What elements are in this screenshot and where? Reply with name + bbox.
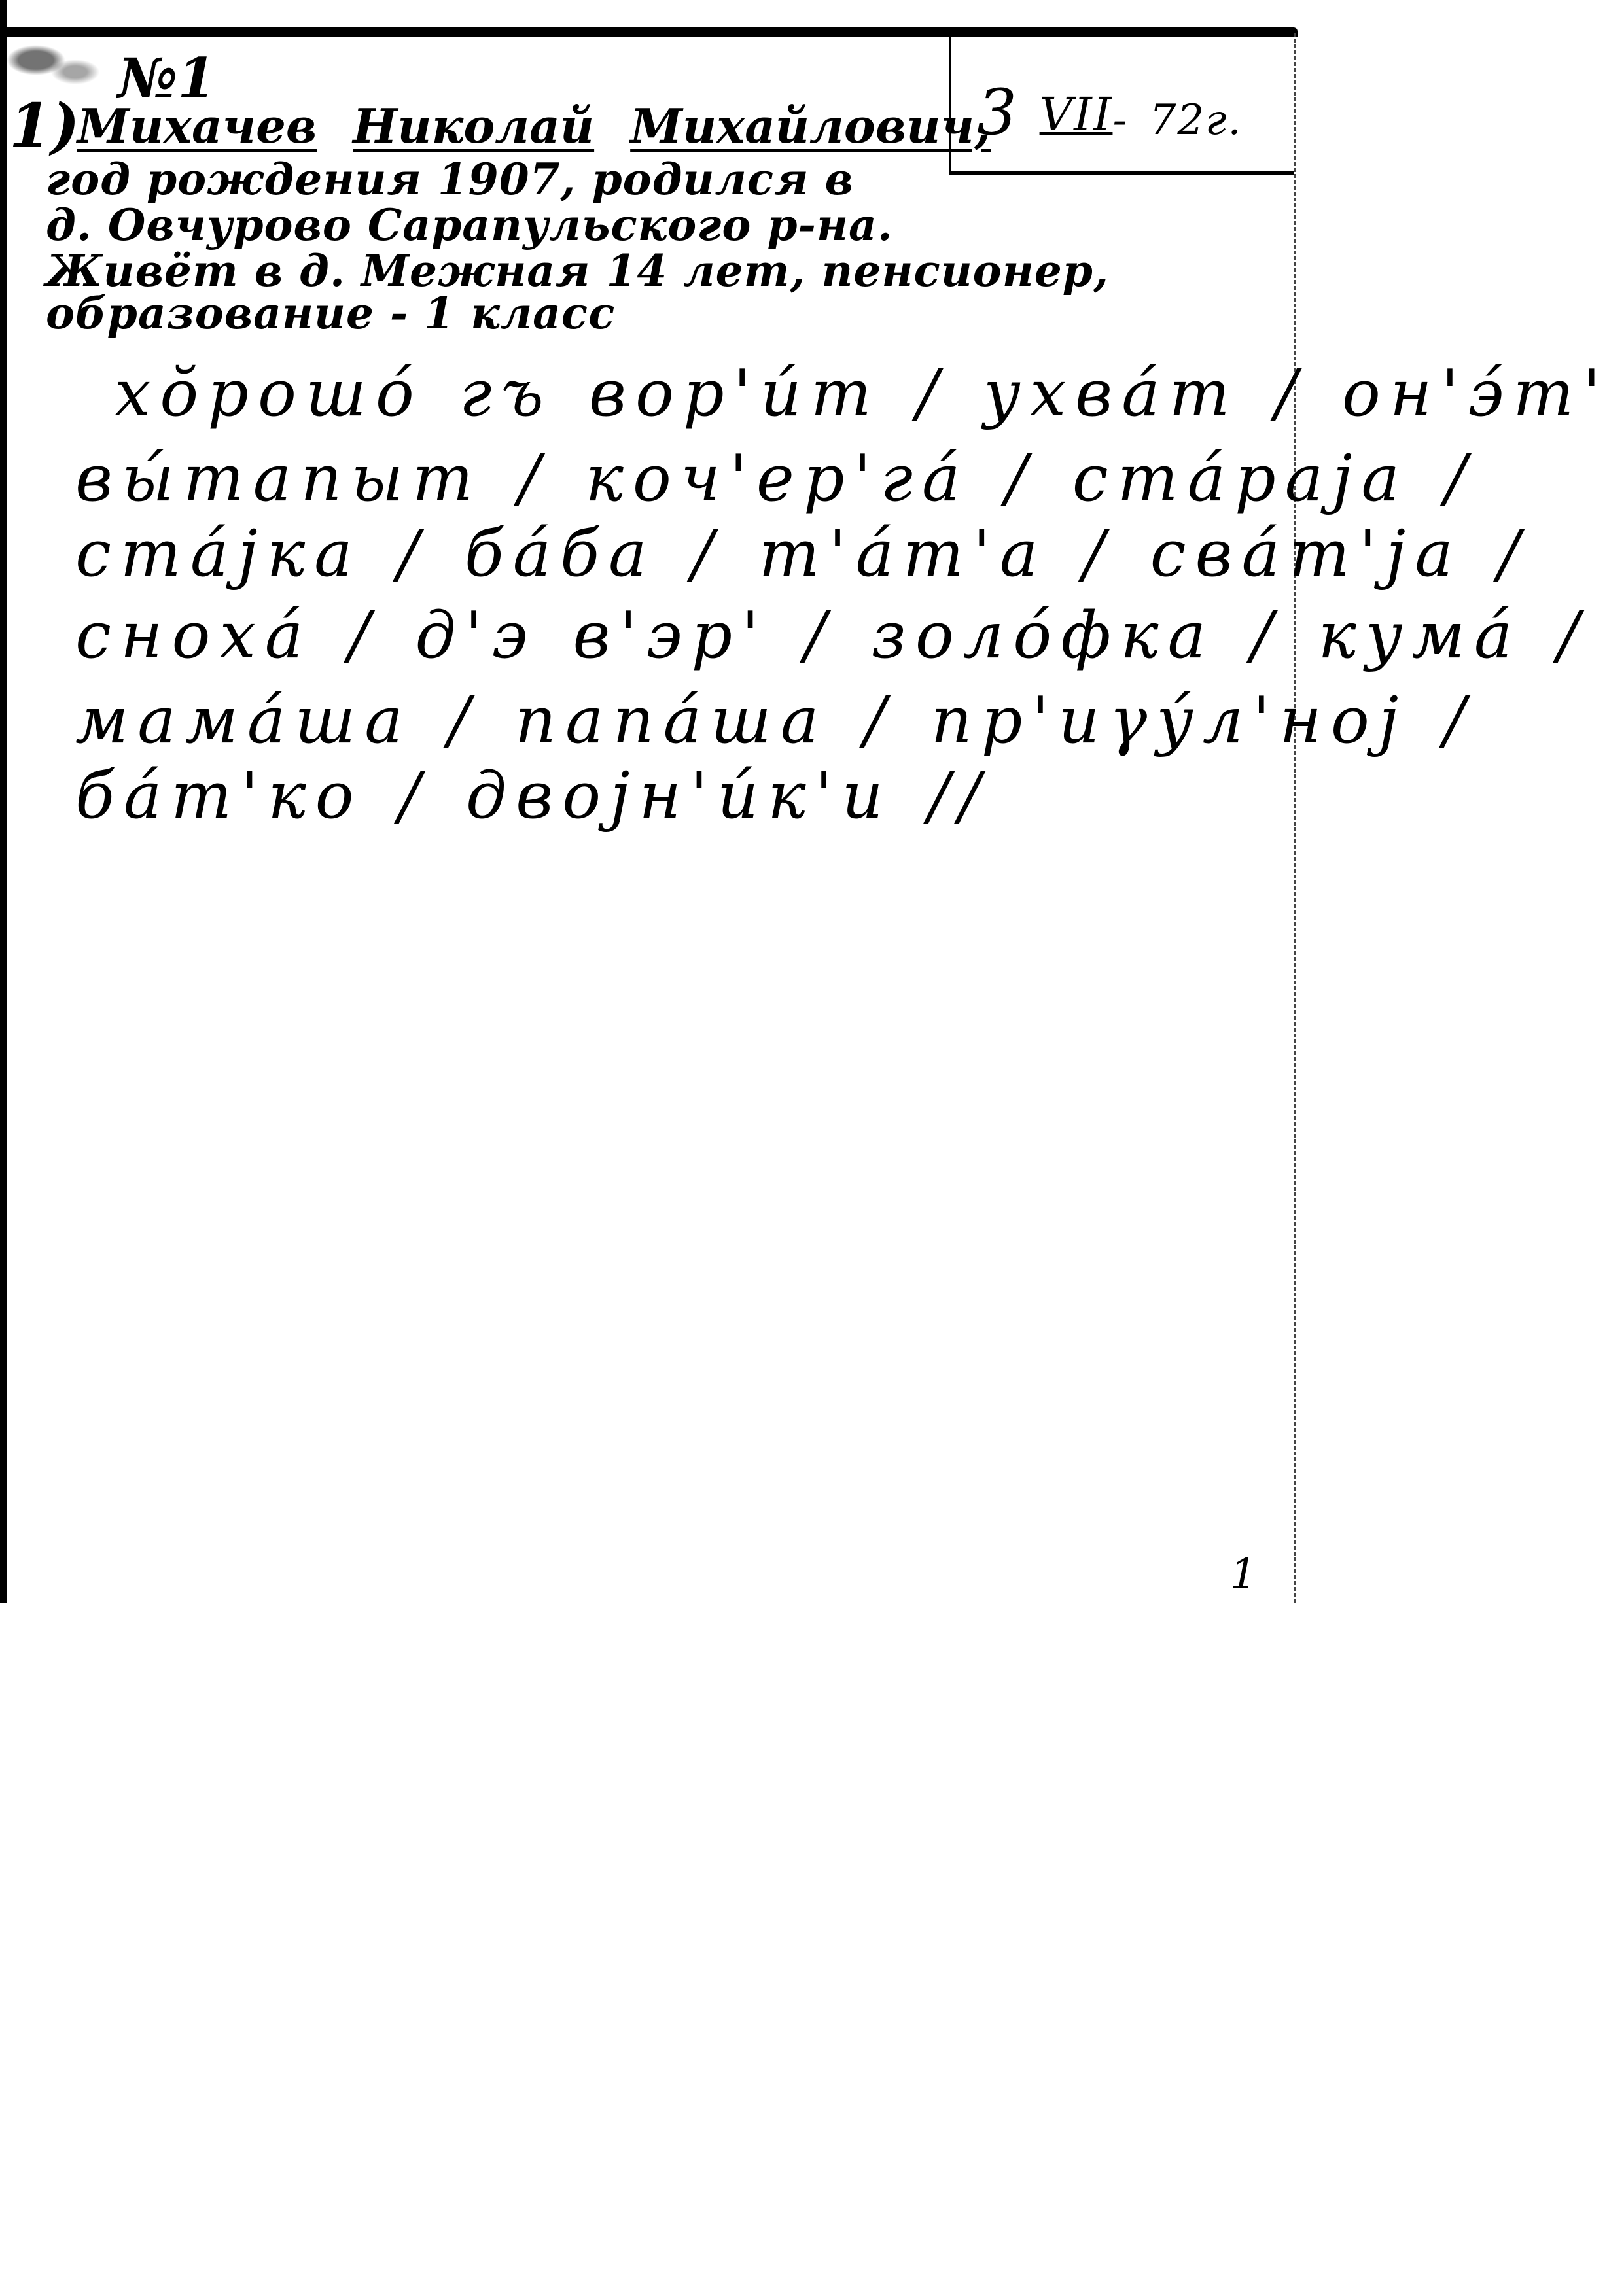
- informant-info-line: год рождения 1907, родился в: [46, 154, 854, 205]
- date-separator: -: [1112, 96, 1128, 145]
- item-marker: 1): [9, 90, 80, 161]
- date-box: 3 VII- 72г.: [949, 37, 1294, 175]
- transcription-line: ба́т'ко / двојн'и́к'и //: [75, 759, 990, 833]
- scanned-page: 1) №1 Михачев Николай Михайлович, год ро…: [0, 0, 1607, 2296]
- card-top-rule: [5, 27, 1298, 37]
- record-date: 3 VII- 72г.: [977, 76, 1243, 149]
- transcription-line: мама́ша / папа́ша / пр'иγу́л'нoj /: [75, 684, 1474, 758]
- date-month: VII: [1040, 88, 1113, 141]
- informant-first-name: Николай: [353, 98, 594, 154]
- date-year: 72г.: [1150, 96, 1243, 145]
- informant-surname: Михачев: [77, 98, 317, 154]
- informant-patronymic: Михайлович,: [630, 98, 991, 154]
- page-number: 1: [1230, 1550, 1257, 1599]
- corner-damage-mark: [7, 37, 105, 96]
- transcription-line: сноха́ / д'э в'эр' / золо́фка / кума́ /: [75, 599, 1588, 673]
- date-day: 3: [977, 76, 1018, 149]
- informant-name: Михачев Николай Михайлович,: [77, 98, 991, 154]
- transcription-line: хо̆рошо́ гъ вор'и́т / ухва́т / он'э́т': [115, 357, 1607, 431]
- informant-info-line: д. Овчурово Сарапульского р-на.: [46, 200, 893, 251]
- card-left-border: [0, 0, 7, 1603]
- transcription-line: вы́тапыт / коч'ер'га́ / ста́рaja /: [75, 442, 1475, 516]
- card-right-edge: [1294, 33, 1296, 1603]
- transcription-line: ста́jка / ба́ба / т'а́т'а / сва́т'ja /: [75, 517, 1529, 591]
- informant-info-line: образование - 1 класс: [46, 288, 615, 339]
